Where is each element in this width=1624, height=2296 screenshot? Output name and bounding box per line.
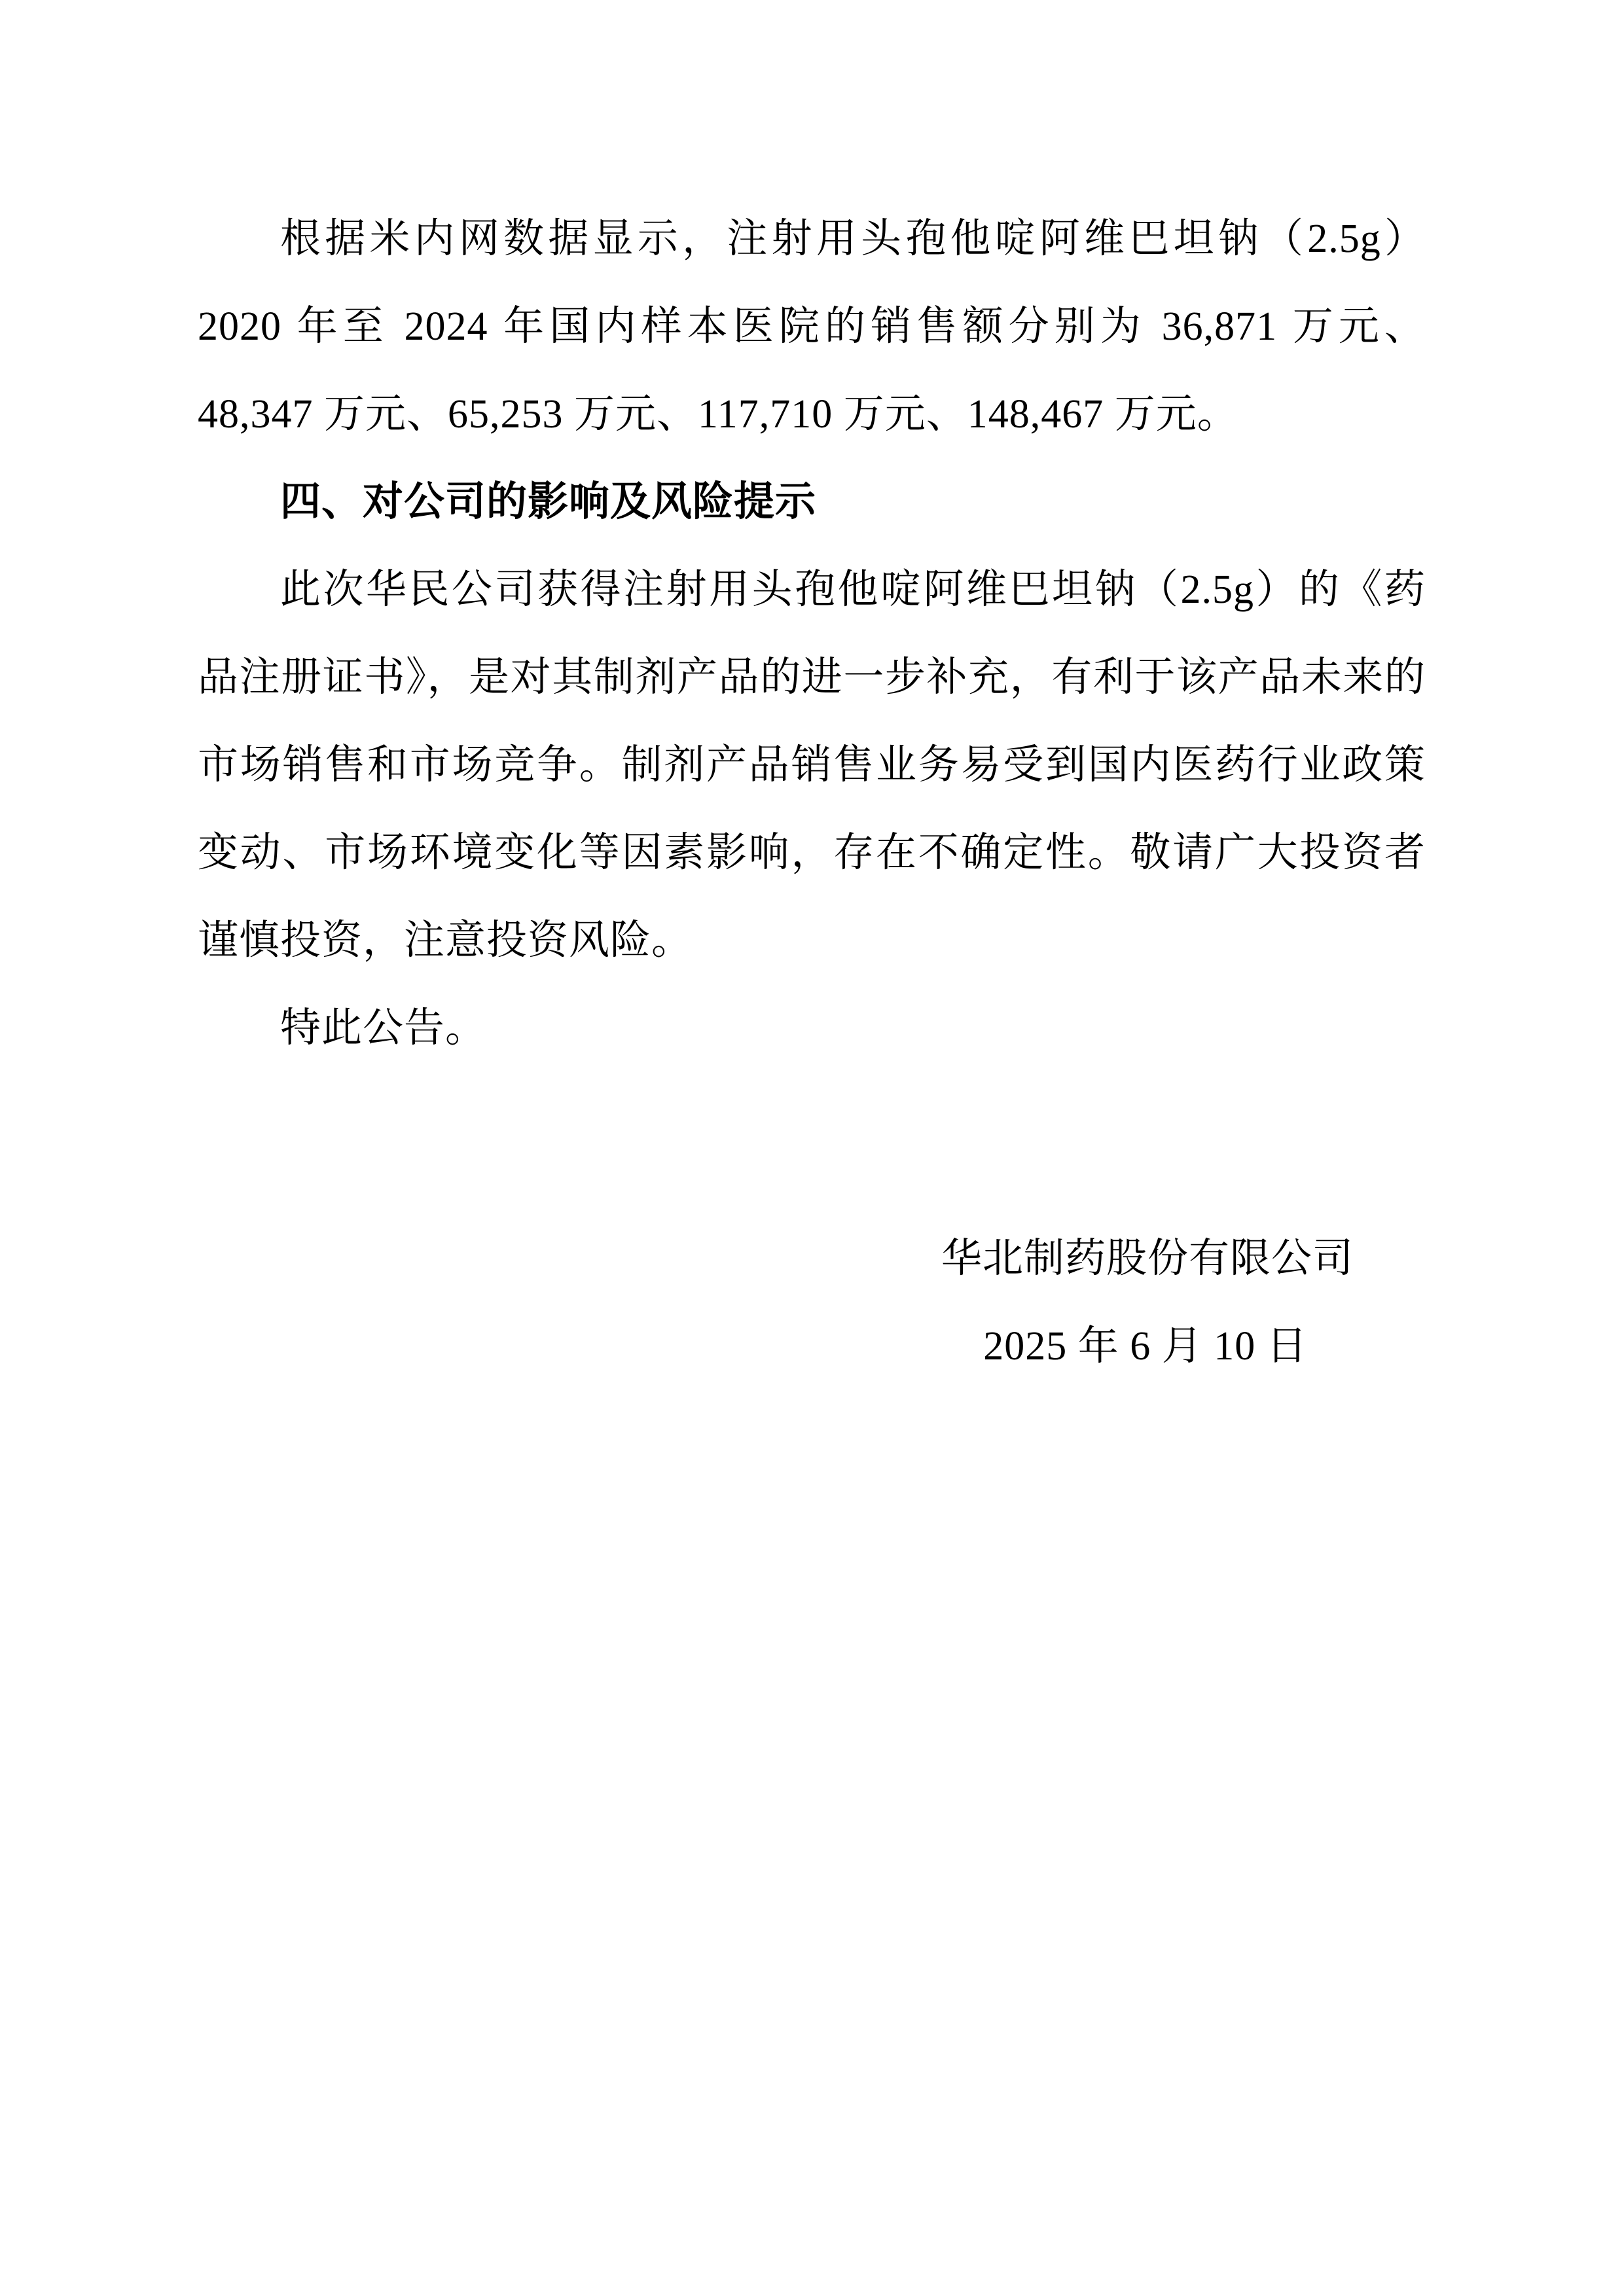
company-name: 华北制药股份有限公司 bbox=[941, 1215, 1350, 1302]
document-body: 根据米内网数据显示，注射用头孢他啶阿维巴坦钠（2.5g）2020 年至 2024… bbox=[198, 195, 1426, 1390]
announcement-page: 根据米内网数据显示，注射用头孢他啶阿维巴坦钠（2.5g）2020 年至 2024… bbox=[0, 0, 1624, 2296]
section-heading-impact-risk: 四、对公司的影响及风险提示 bbox=[198, 458, 1426, 546]
announcement-date: 2025 年 6 月 10 日 bbox=[941, 1302, 1350, 1390]
paragraph-sales-data: 根据米内网数据显示，注射用头孢他啶阿维巴坦钠（2.5g）2020 年至 2024… bbox=[198, 195, 1426, 458]
paragraph-closing: 特此公告。 bbox=[198, 984, 1426, 1072]
paragraph-impact-risk: 此次华民公司获得注射用头孢他啶阿维巴坦钠（2.5g）的《药品注册证书》，是对其制… bbox=[198, 546, 1426, 984]
signature-block: 华北制药股份有限公司 2025 年 6 月 10 日 bbox=[941, 1215, 1350, 1390]
